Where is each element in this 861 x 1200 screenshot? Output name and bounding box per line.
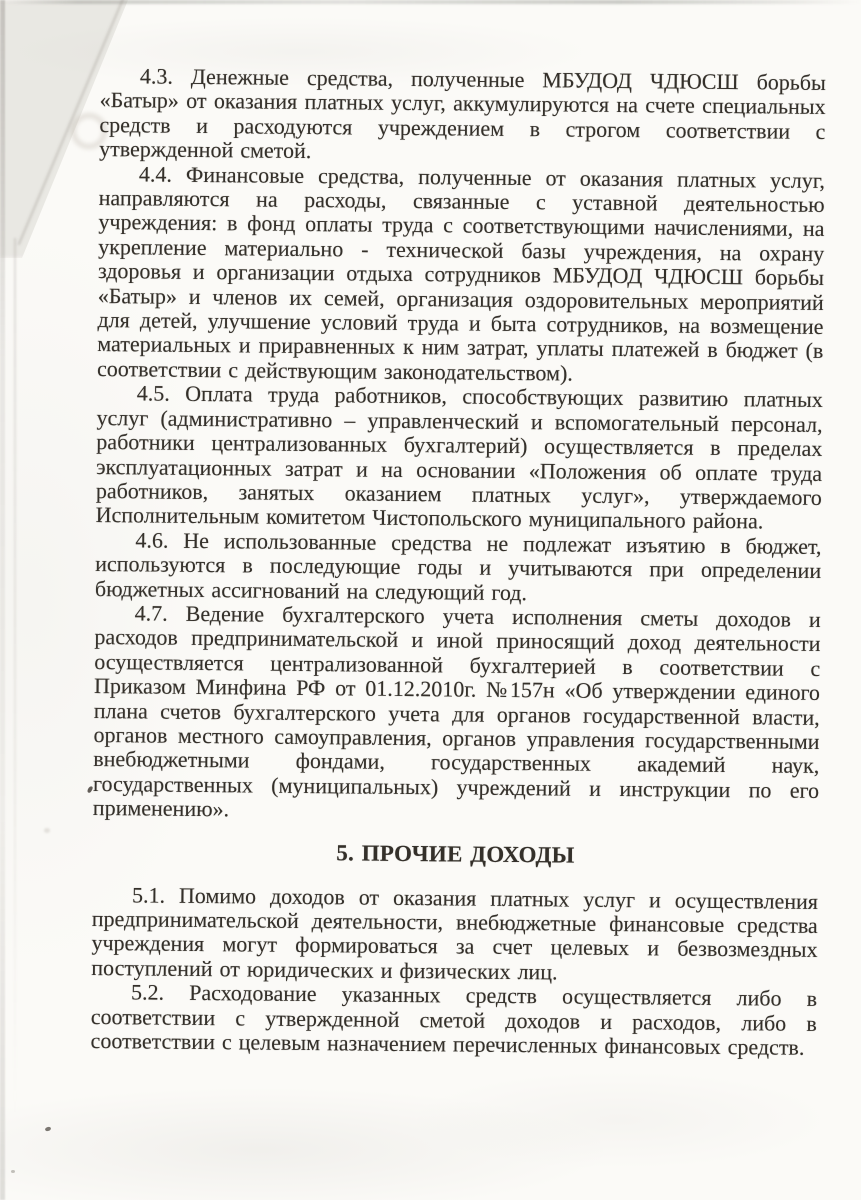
scan-top-edge-shadow [0, 0, 861, 4]
scanned-page: 4.3. Денежные средства, полученные МБУДО… [0, 0, 861, 1200]
paragraph-4-3: 4.3. Денежные средства, полученные МБУДО… [99, 64, 826, 169]
section-5-heading: 5. ПРОЧИЕ ДОХОДЫ [92, 837, 818, 872]
scan-left-fold-line [14, 238, 16, 1118]
scan-left-edge-shadow [0, 0, 5, 1200]
paragraph-5-1: 5.1. Помимо доходов от оказания платных … [91, 883, 818, 988]
document-body: 4.3. Денежные средства, полученные МБУДО… [91, 64, 826, 1060]
ink-speck [11, 1170, 15, 1173]
paragraph-5-2: 5.2. Расходование указанных средств осущ… [91, 980, 818, 1060]
paragraph-4-5: 4.5. Оплата труда работников, способству… [96, 381, 823, 534]
ink-speck [44, 828, 50, 833]
paragraph-4-4: 4.4. Финансовые средства, полученные от … [97, 162, 825, 389]
ink-speck [45, 1126, 52, 1132]
paragraph-4-7: 4.7. Ведение бухгалтерского учета исполн… [93, 601, 821, 828]
paragraph-4-6: 4.6. Не использованные средства не подле… [95, 528, 822, 608]
